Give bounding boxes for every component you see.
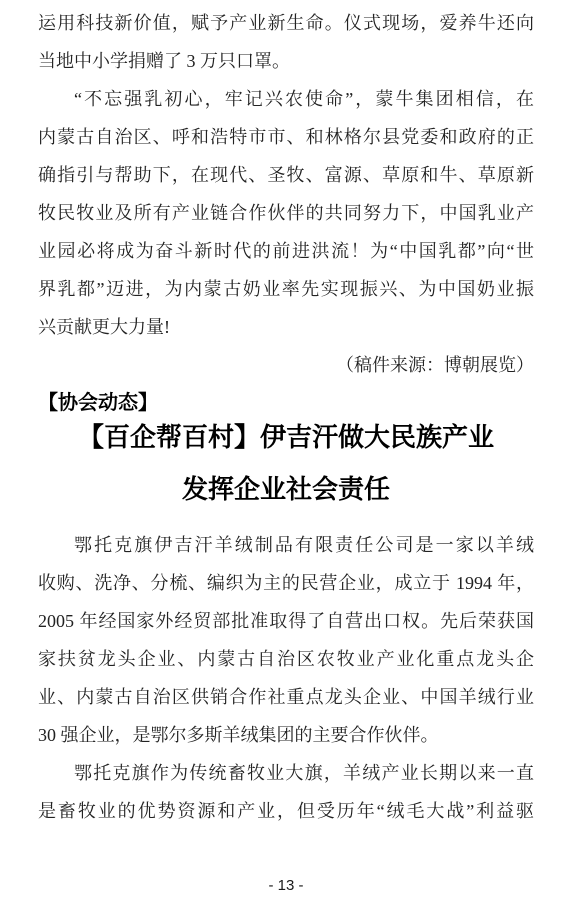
text-line: 业园必将成为奋斗新时代的前进洪流！为“中国乳都”向“世 xyxy=(38,232,534,270)
text-line: 兴贡献更大力量! xyxy=(38,308,534,346)
text-line: 内蒙古自治区、呼和浩特市市、和林格尔县党委和政府的正 xyxy=(38,118,534,156)
source-attribution: （稿件来源：博朝展览） xyxy=(38,346,534,384)
article-title-line2: 发挥企业社会责任 xyxy=(38,464,534,516)
text-line: 鄂托克旗作为传统畜牧业大旗，羊绒产业长期以来一直 xyxy=(38,754,534,792)
text-line: 家扶贫龙头企业、内蒙古自治区农牧业产业化重点龙头企 xyxy=(38,640,534,678)
text-line: 鄂托克旗伊吉汗羊绒制品有限责任公司是一家以羊绒 xyxy=(38,526,534,564)
document-page: 运用科技新价值，赋予产业新生命。仪式现场，爱养牛还向 当地中小学捐赠了 3 万只… xyxy=(0,0,572,899)
page-number: - 13 - xyxy=(0,877,572,895)
text-line: 当地中小学捐赠了 3 万只口罩。 xyxy=(38,42,534,80)
article-dairy-body: 运用科技新价值，赋予产业新生命。仪式现场，爱养牛还向 当地中小学捐赠了 3 万只… xyxy=(38,4,534,346)
text-line: 收购、洗净、分梳、编织为主的民营企业，成立于 1994 年， xyxy=(38,564,534,602)
text-line: 业、内蒙古自治区供销合作社重点龙头企业、中国羊绒行业 xyxy=(38,678,534,716)
text-line: 是畜牧业的优势资源和产业，但受历年“绒毛大战”利益驱 xyxy=(38,792,534,830)
text-line: 2005 年经国家外经贸部批准取得了自营出口权。先后荣获国 xyxy=(38,602,534,640)
article-cashmere-body: 鄂托克旗伊吉汗羊绒制品有限责任公司是一家以羊绒 收购、洗净、分梳、编织为主的民营… xyxy=(38,526,534,830)
article-title-line1: 【百企帮百村】伊吉汗做大民族产业 xyxy=(38,412,534,464)
text-line: 牧民牧业及所有产业链合作伙伴的共同努力下，中国乳业产 xyxy=(38,194,534,232)
text-line: 界乳都”迈进，为内蒙古奶业率先实现振兴、为中国奶业振 xyxy=(38,270,534,308)
text-line: 确指引与帮助下，在现代、圣牧、富源、草原和牛、草原新 xyxy=(38,156,534,194)
text-line: “不忘强乳初心，牢记兴农使命”，蒙牛集团相信，在 xyxy=(38,80,534,118)
text-line: 30 强企业，是鄂尔多斯羊绒集团的主要合作伙伴。 xyxy=(38,716,534,754)
text-line: 运用科技新价值，赋予产业新生命。仪式现场，爱养牛还向 xyxy=(38,4,534,42)
